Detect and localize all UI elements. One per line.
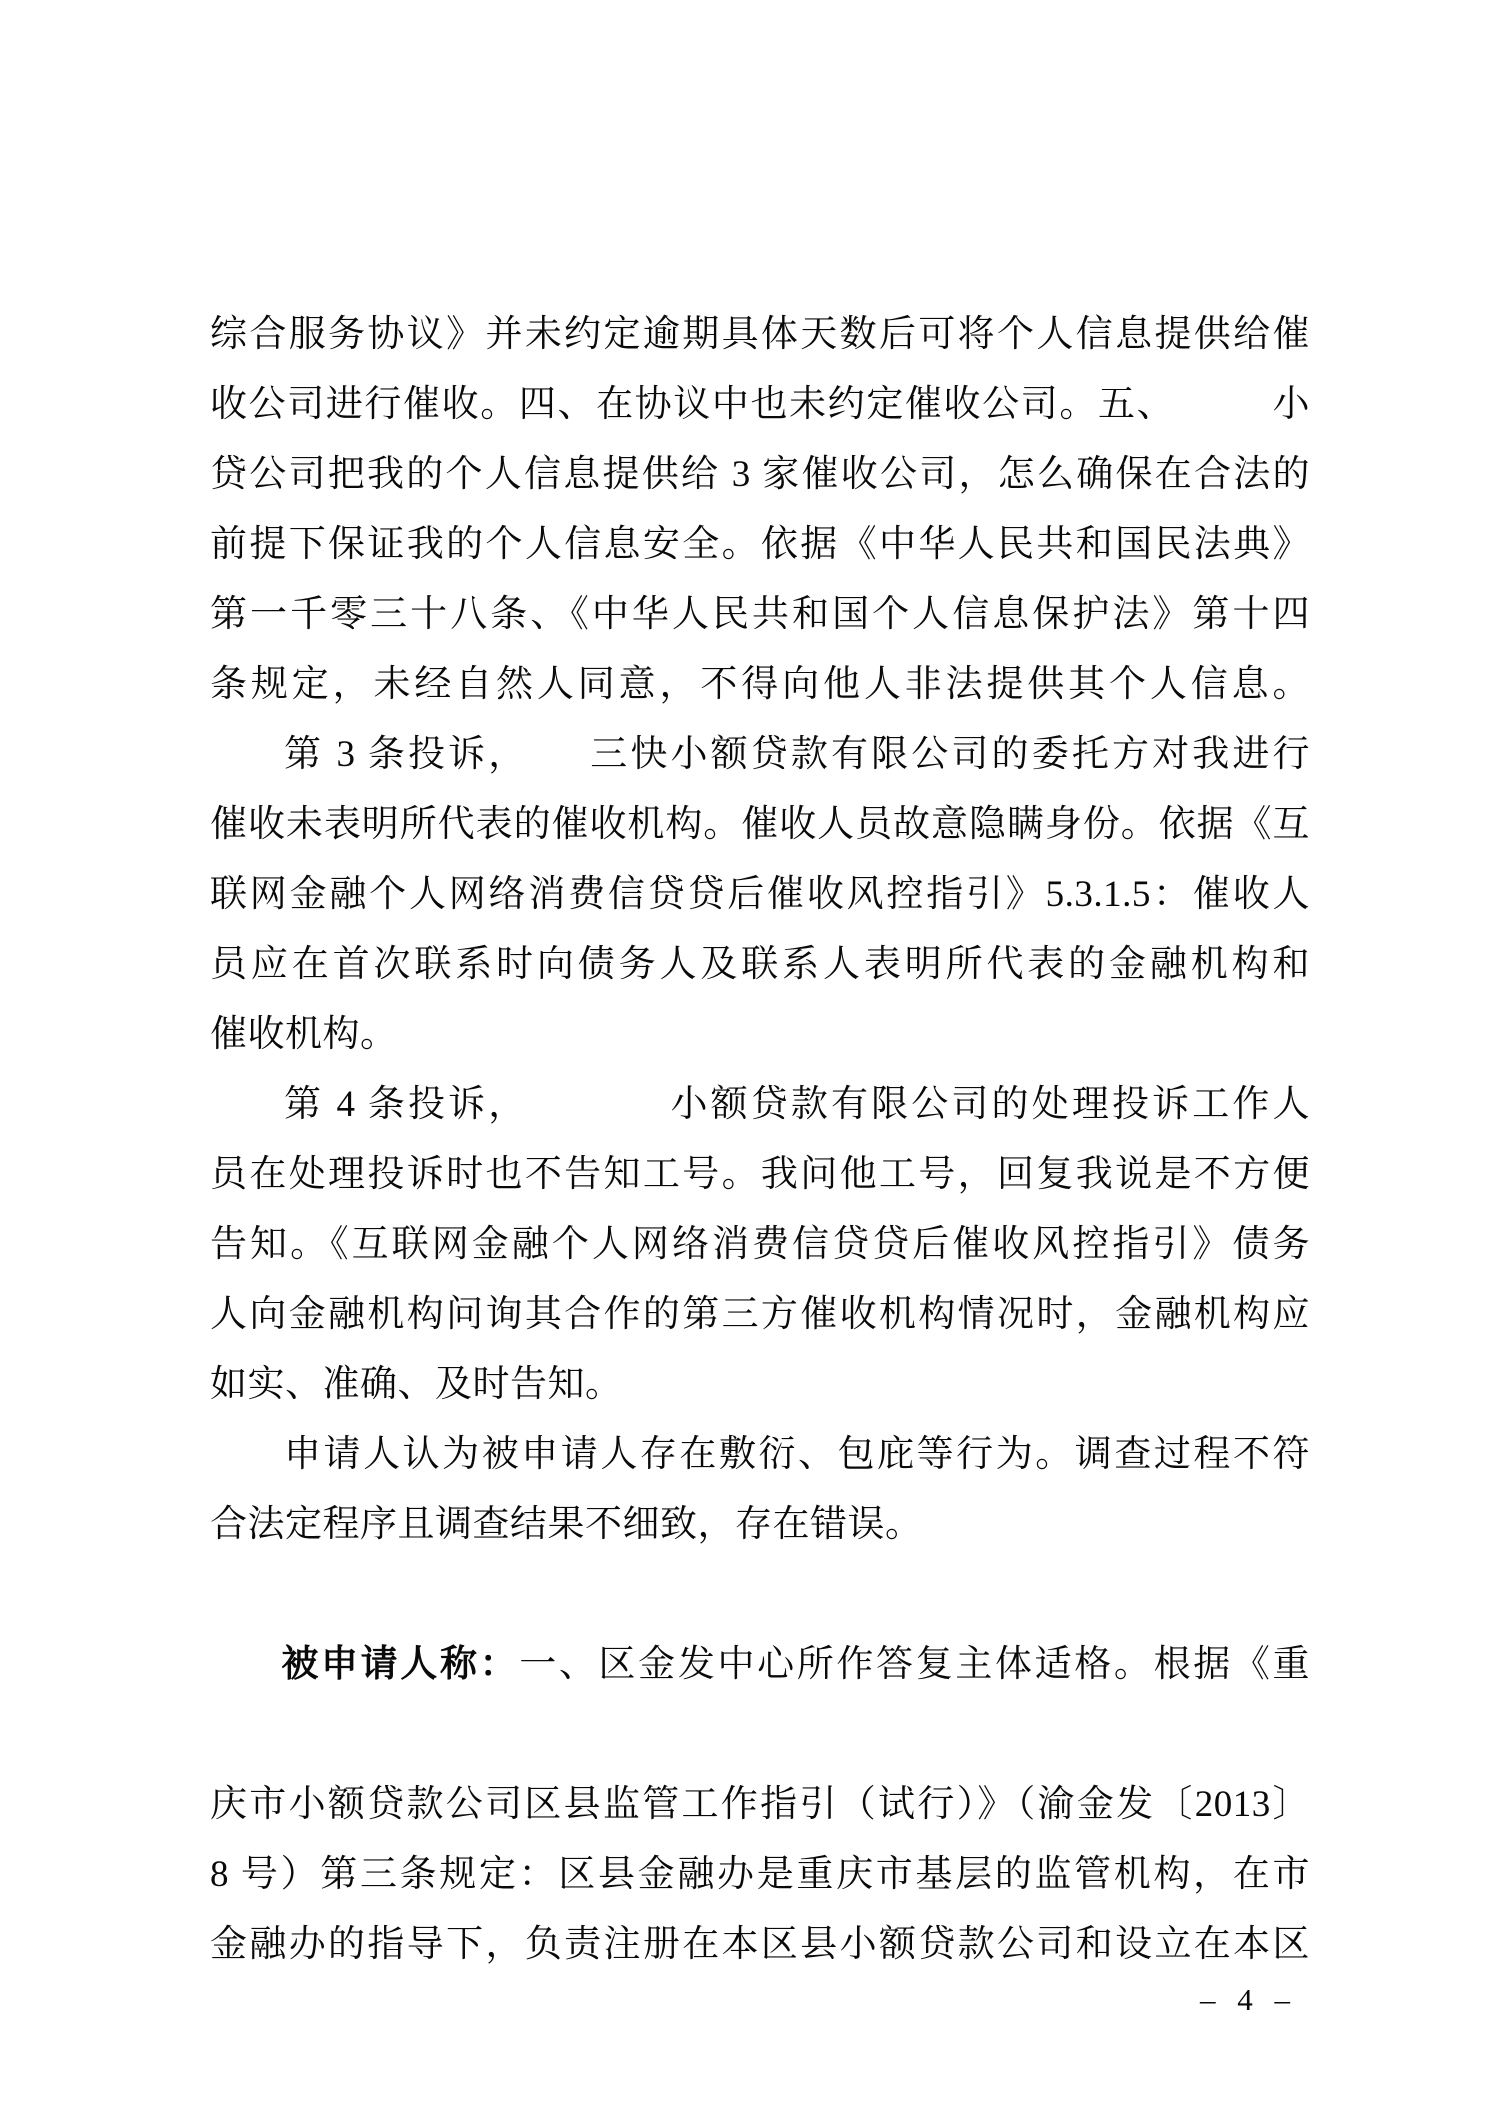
text-line: 被申请人称：一、区金发中心所作答复主体适格。根据《重 — [210, 1560, 1310, 1770]
text-line: 第一千零三十八条、《中华人民共和国个人信息保护法》第十四 — [210, 580, 1310, 650]
text-line: 员应在首次联系时向债务人及联系人表明所代表的金融机构和 — [210, 930, 1310, 1000]
text-line: 催收未表明所代表的催收机构。催收人员故意隐瞒身份。依据《互 — [210, 790, 1310, 860]
text-line: 第 3 条投诉， 三快小额贷款有限公司的委托方对我进行 — [210, 720, 1310, 790]
text-line: 合法定程序且调查结果不细致，存在错误。 — [210, 1490, 1310, 1560]
text-line: 8 号）第三条规定：区县金融办是重庆市基层的监管机构，在市 — [210, 1840, 1310, 1910]
page-number: – 4 – — [1200, 1982, 1290, 2018]
respondent-statement-label: 被申请人称： — [281, 1644, 519, 1685]
text-line: 贷公司把我的个人信息提供给 3 家催收公司，怎么确保在合法的 — [210, 440, 1310, 510]
text-line: 告知。《互联网金融个人网络消费信贷贷后催收风控指引》债务 — [210, 1210, 1310, 1280]
text-line: 收公司进行催收。四、在协议中也未约定催收公司。五、 小 — [210, 370, 1310, 440]
text-line: 庆市小额贷款公司区县监管工作指引（试行）》（渝金发〔2013〕 — [210, 1770, 1310, 1840]
text-line: 前提下保证我的个人信息安全。依据《中华人民共和国民法典》 — [210, 510, 1310, 580]
text-line: 金融办的指导下，负责注册在本区县小额贷款公司和设立在本区 — [210, 1910, 1310, 1980]
text-block: 综合服务协议》并未约定逾期具体天数后可将个人信息提供给催 收公司进行催收。四、在… — [210, 300, 1310, 1980]
text-line: 人向金融机构问询其合作的第三方催收机构情况时，金融机构应 — [210, 1280, 1310, 1350]
document-page: 综合服务协议》并未约定逾期具体天数后可将个人信息提供给催 收公司进行催收。四、在… — [0, 0, 1487, 2105]
text-line: 第 4 条投诉， 小额贷款有限公司的处理投诉工作人 — [210, 1070, 1310, 1140]
text-line: 申请人认为被申请人存在敷衍、包庇等行为。调查过程不符 — [210, 1420, 1310, 1490]
text-line: 条规定，未经自然人同意，不得向他人非法提供其个人信息。 — [210, 650, 1310, 720]
text-line: 催收机构。 — [210, 1000, 1310, 1070]
text-line: 如实、准确、及时告知。 — [210, 1350, 1310, 1420]
text-line: 综合服务协议》并未约定逾期具体天数后可将个人信息提供给催 — [210, 300, 1310, 370]
text-line: 员在处理投诉时也不告知工号。我问他工号，回复我说是不方便 — [210, 1140, 1310, 1210]
text-line-continuation: 一、区金发中心所作答复主体适格。根据《重 — [519, 1644, 1310, 1685]
text-line: 联网金融个人网络消费信贷贷后催收风控指引》5.3.1.5：催收人 — [210, 860, 1310, 930]
